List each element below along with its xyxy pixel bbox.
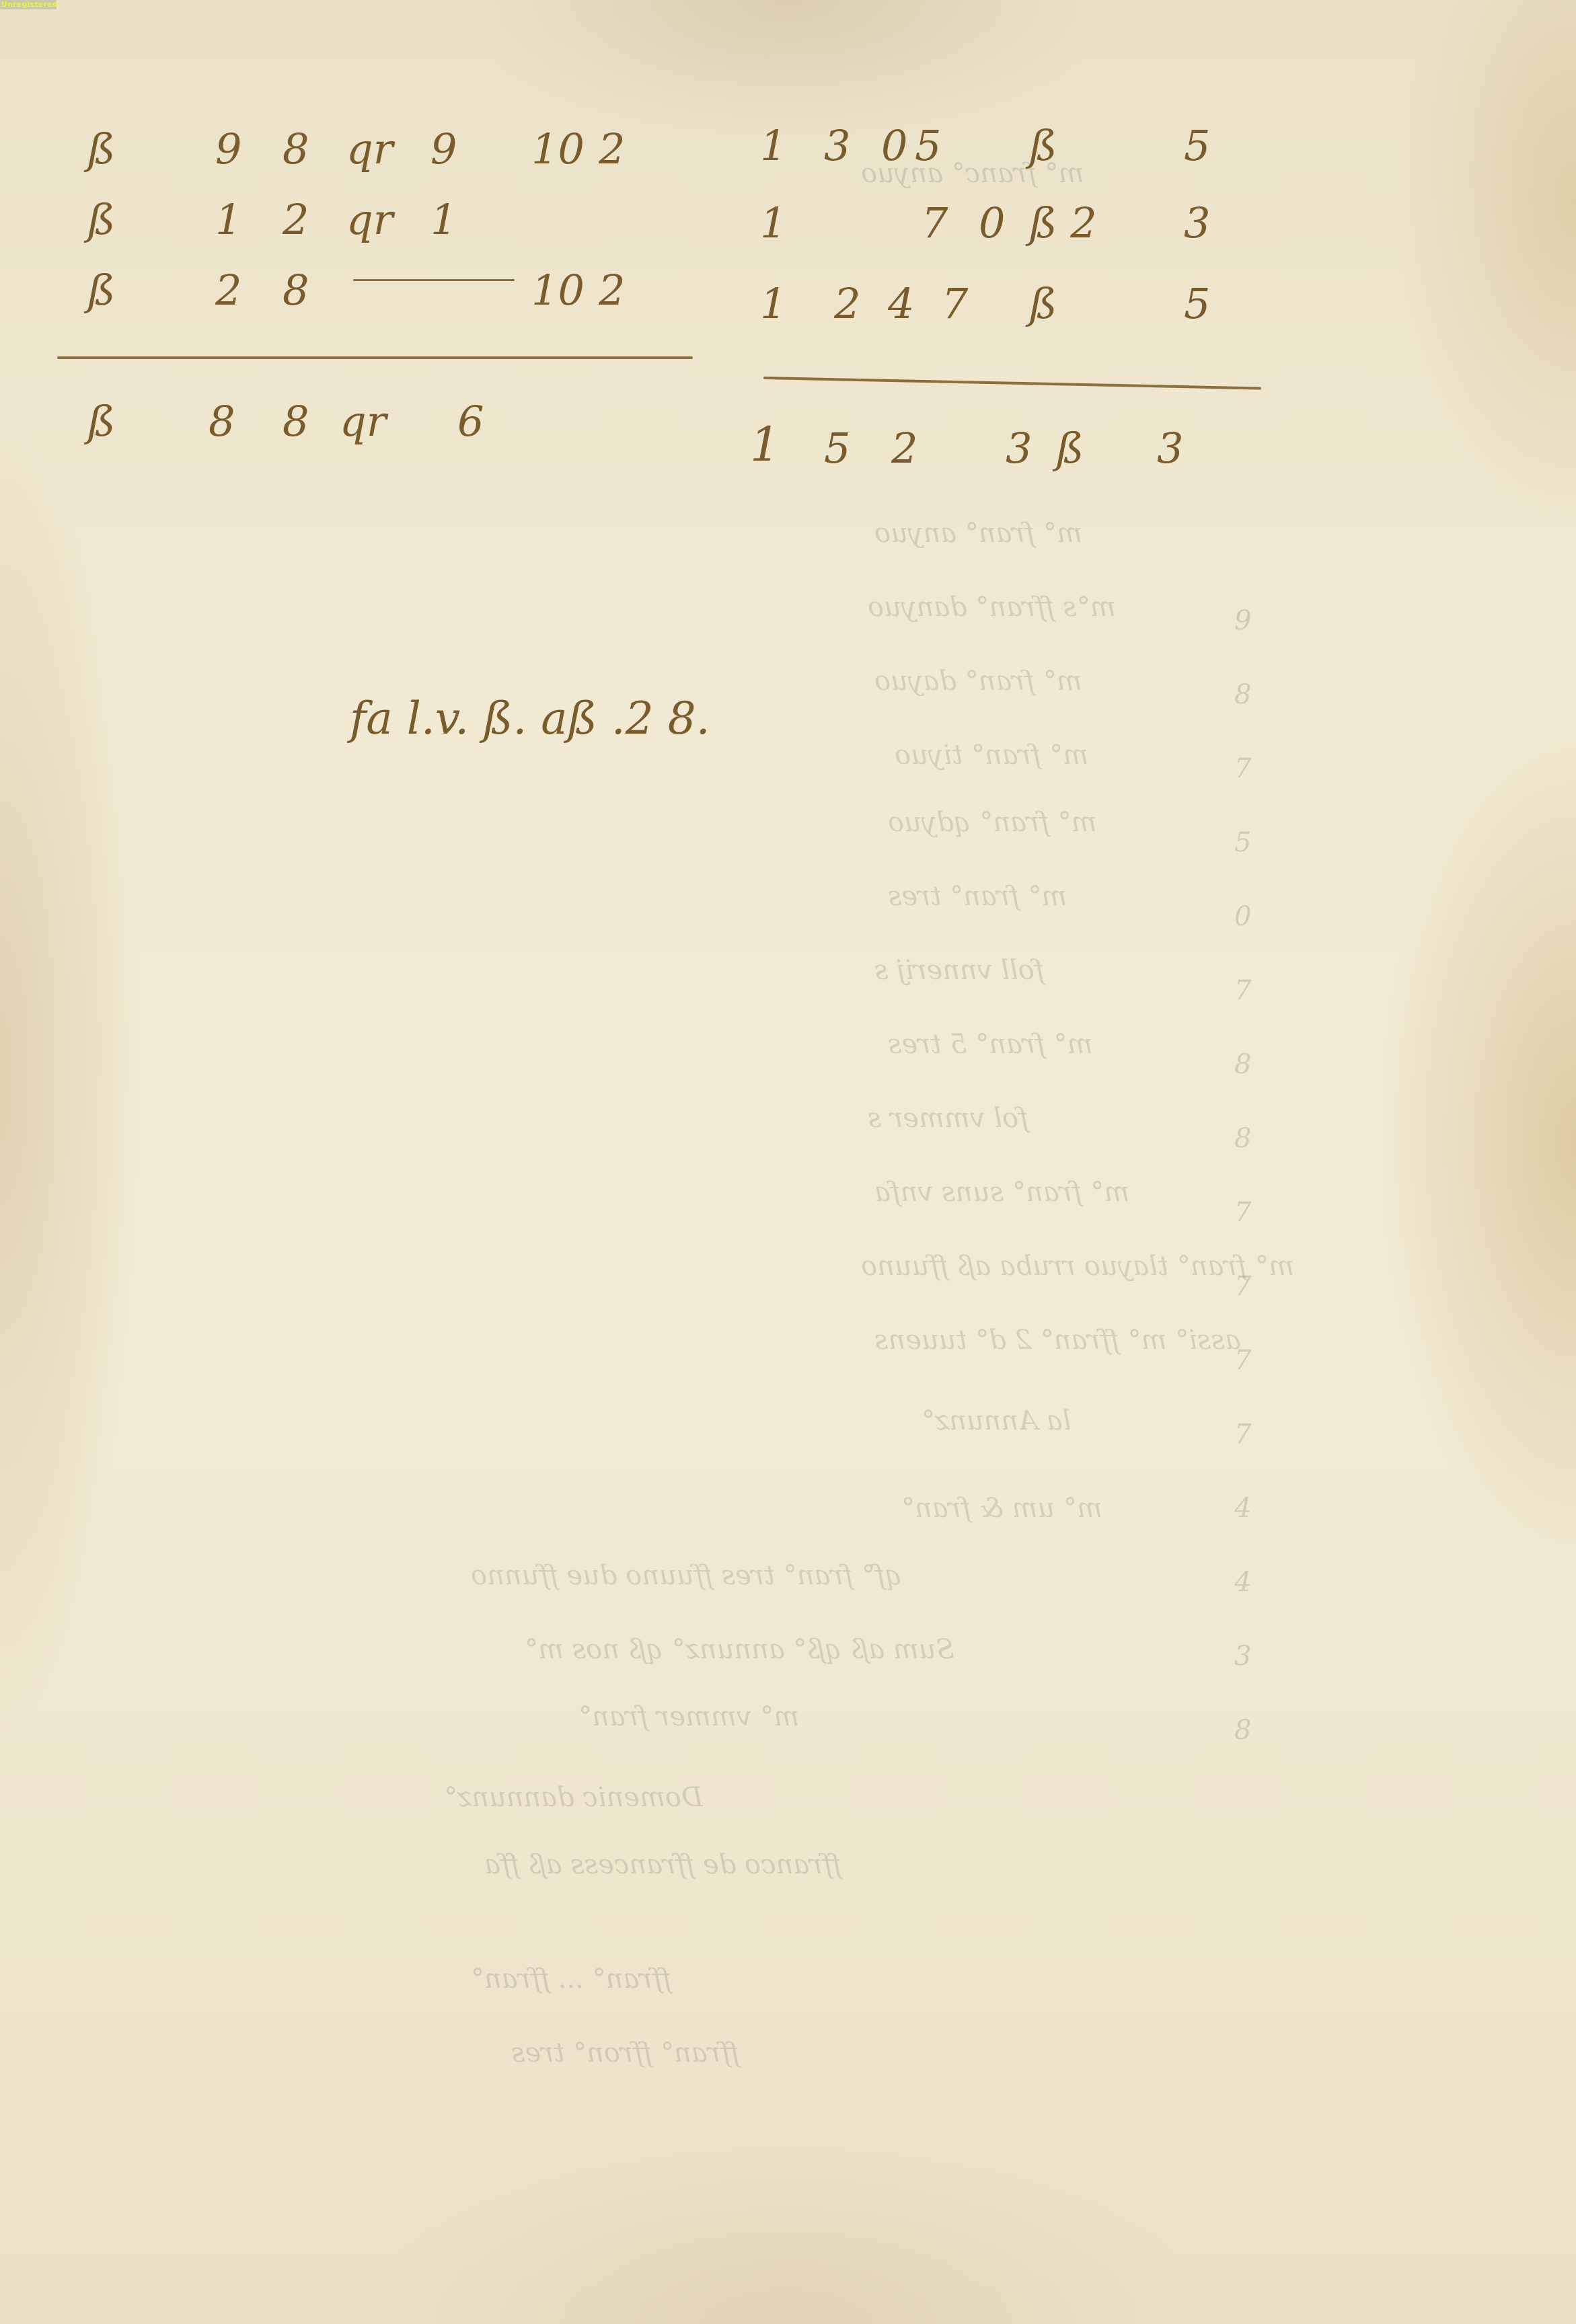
sum-digit: 5	[915, 121, 941, 170]
ghost-margin-number: 7	[1234, 1345, 1251, 1376]
sum-digit: 7	[922, 198, 948, 247]
manuscript-page: Unregistered m° franc° anyuo m° fran° an…	[0, 0, 1576, 2324]
sum-digit: 2	[599, 124, 625, 173]
sum-digit: 1	[215, 195, 241, 244]
sum-digit: 2	[215, 266, 241, 315]
ghost-margin-number: 7	[1234, 753, 1251, 784]
ghost-line: m° fran° anyuo	[874, 518, 1082, 549]
ghost-margin-number: 5	[1234, 827, 1251, 858]
ghost-line: m° fran° tres	[888, 881, 1067, 912]
sum-unit: qr	[346, 124, 393, 173]
sum-digit: 10	[531, 266, 585, 315]
ghost-margin-number: 8	[1234, 1715, 1251, 1746]
ghost-line: m°s ffran° danyuo	[868, 592, 1116, 623]
ghost-line: ffran° ffron° tres	[511, 2038, 739, 2068]
ghost-line: m° fran° dayuo	[874, 666, 1082, 697]
ghost-margin-number: 4	[1234, 1567, 1251, 1598]
ghost-line: m° um & fran°	[901, 1493, 1102, 1524]
total-digit: 8	[283, 397, 309, 446]
ghost-line: la Annunz°	[922, 1405, 1071, 1436]
currency-mark: ß 2	[1029, 198, 1097, 247]
ghost-margin-number: 8	[1234, 1049, 1251, 1080]
sum-digit: 2	[834, 279, 860, 328]
ghost-line: fol vmmer s	[868, 1103, 1028, 1134]
ghost-margin-number: 3	[1234, 1641, 1251, 1672]
sum-digit: 1	[760, 121, 786, 170]
total-digit: 3	[1006, 424, 1032, 473]
sum-digit: 3	[824, 121, 850, 170]
sum-digit: 4	[888, 279, 914, 328]
total-digit: 8	[209, 397, 235, 446]
sum-digit: 1	[760, 198, 786, 247]
ghost-margin-number: 4	[1234, 1493, 1251, 1524]
ghost-margin-number: 7	[1234, 1419, 1251, 1450]
total-unit: qr	[340, 397, 386, 446]
sum-digit: 9	[215, 124, 241, 173]
sum-digit: 10	[531, 124, 585, 173]
sum-digit: 2	[283, 195, 309, 244]
sum-digit: 1	[430, 195, 457, 244]
ghost-margin-number: 7	[1234, 1271, 1251, 1302]
ghost-margin-number: 8	[1234, 679, 1251, 710]
sum-digit: 5	[1184, 121, 1210, 170]
sum-digit: 2	[599, 266, 625, 315]
dash-line	[353, 279, 515, 281]
ghost-line: ffran° ... ffran°	[471, 1964, 671, 1994]
currency-mark: ß	[1056, 424, 1084, 473]
currency-mark: ß	[87, 397, 115, 446]
ghost-margin-number: 9	[1234, 605, 1251, 636]
ghost-line: m° fran° tlayuo rruba aß ffuuno	[861, 1251, 1294, 1282]
ghost-margin-number: 0	[1234, 901, 1251, 932]
currency-mark: ß	[1029, 279, 1057, 328]
sum-digit: 7	[942, 279, 968, 328]
currency-mark: ß	[1029, 121, 1057, 170]
sum-unit: qr	[346, 195, 393, 244]
handwritten-note: fa l.v. ß. aß .2 8.	[350, 693, 710, 744]
currency-mark: ß	[87, 195, 115, 244]
sum-digit: 0	[979, 198, 1005, 247]
ghost-line: m° fran° suns vnfa	[874, 1177, 1129, 1208]
ghost-line: qf° fran° tres ffuuno due ffunno	[471, 1560, 902, 1591]
ghost-line: m° vmmer fran°	[578, 1701, 799, 1732]
sum-digit: 1	[760, 279, 786, 328]
ghost-line: ffranco de ffrancess aß ffa	[484, 1849, 841, 1880]
sum-rule	[763, 377, 1261, 389]
total-digit: 1	[750, 417, 780, 472]
ghost-line: m° fran° qdyuo	[888, 807, 1097, 838]
ghost-margin-number: 7	[1234, 1197, 1251, 1228]
sum-digit: 8	[283, 124, 309, 173]
ghost-line: assi° m° ffran° 2 d° tuuens	[874, 1325, 1241, 1356]
ghost-line: Sum aß qß° annunz° qß nos m°	[525, 1634, 954, 1665]
ghost-line: foll vnnerij s	[874, 955, 1045, 986]
currency-mark: ß	[87, 124, 115, 173]
total-digit: 6	[457, 397, 484, 446]
unregistered-watermark: Unregistered	[0, 0, 57, 9]
sum-rule	[57, 356, 693, 359]
total-digit: 3	[1157, 424, 1183, 473]
ghost-margin-number: 7	[1234, 975, 1251, 1006]
ghost-line: m° fran° 5 tres	[888, 1029, 1092, 1060]
sum-digit: 0	[881, 121, 907, 170]
sum-digit: 9	[430, 124, 457, 173]
currency-mark: ß	[87, 266, 115, 315]
ghost-line: Domenic dannunz°	[444, 1782, 703, 1813]
sum-digit: 8	[283, 266, 309, 315]
total-digit: 2	[891, 424, 917, 473]
sum-digit: 3	[1184, 198, 1210, 247]
total-digit: 5	[824, 424, 850, 473]
sum-digit: 5	[1184, 279, 1210, 328]
ghost-line: m° fran° tiyuo	[895, 740, 1088, 771]
ghost-margin-number: 8	[1234, 1123, 1251, 1154]
